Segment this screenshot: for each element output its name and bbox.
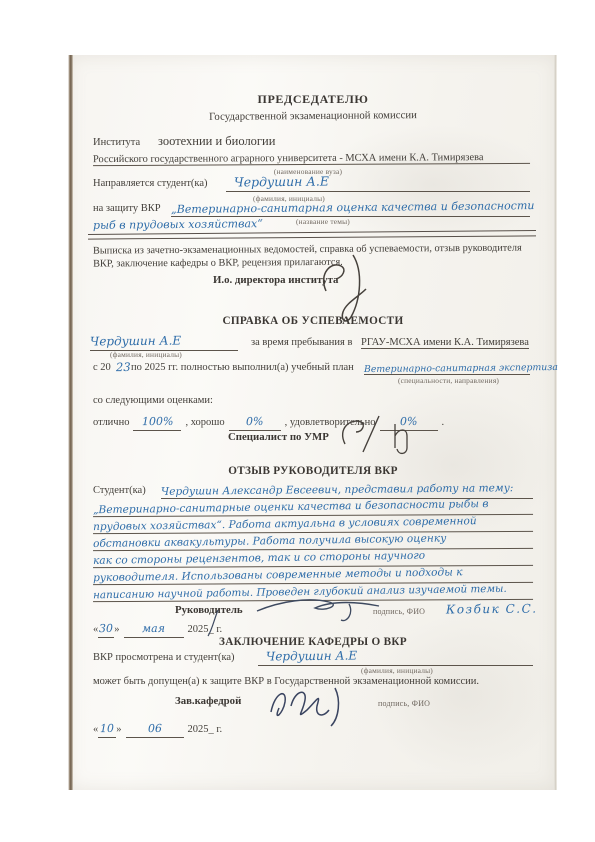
page-right-edge: [554, 55, 556, 790]
years-rest: по 2025 гг. полностью выполнил(а) учебны…: [131, 362, 354, 373]
years-handwritten: 23: [116, 360, 131, 374]
grade-good-field: 0%: [229, 412, 281, 431]
signature-stroke: [206, 610, 222, 636]
head-of-department-label: Зав.кафедрой: [175, 695, 241, 707]
umr-label: Специалист по УМР: [228, 431, 329, 443]
specialty-field: Ветеринарно-санитарная экспертиза: [364, 358, 530, 375]
grade-excellent-field: 100%: [133, 412, 181, 431]
scanned-document-page: { "header": { "to_line1": "ПРЕДСЕДАТЕЛЮ"…: [0, 0, 595, 842]
thesis-title-field-line2: рыб в прудовых хозяйствах“: [93, 215, 288, 233]
supervisor-date-day: 30: [99, 622, 113, 635]
progress-name-handwritten: Чердушин А.Е: [90, 334, 181, 349]
institute-label: Института: [93, 137, 140, 148]
student-name-field: Чердушин А.Е: [226, 173, 530, 192]
grades-period: .: [442, 417, 445, 428]
form-rule-line: [88, 235, 536, 239]
conclusion-date-line: «10» 06 2025_ г.: [93, 719, 222, 738]
specialty-caption: (специальности, направления): [398, 376, 499, 385]
grades-intro: со следующими оценками:: [93, 395, 213, 406]
grade-good-value: 0%: [246, 415, 264, 428]
thesis-title-line2: рыб в прудовых хозяйствах“: [93, 217, 263, 232]
thesis-label: на защиту ВКР: [93, 203, 161, 214]
addressee-subtitle: Государственной экзаменационной комиссии: [88, 108, 538, 124]
supervisor-signature: [253, 591, 383, 627]
director-signature: [316, 251, 376, 323]
supervisor-sign-caption: подпись, ФИО: [373, 607, 425, 616]
thesis-title-caption: (название темы): [296, 217, 350, 226]
supervisor-name-handwritten: Козбик С.С.: [446, 602, 538, 617]
quote-close: »: [114, 624, 119, 635]
grade-excellent-label: отлично: [93, 417, 129, 428]
university-name: Российского государственного аграрного у…: [93, 152, 530, 166]
quote-close: »: [116, 724, 121, 735]
student-label: Направляется студент(ка): [93, 178, 208, 189]
review-title: ОТЗЫВ РУКОВОДИТЕЛЯ ВКР: [88, 465, 538, 477]
supervisor-date-month: мая: [142, 622, 165, 635]
conclusion-name-handwritten: Чердушин А.Е: [266, 649, 357, 664]
head-signature: [263, 680, 358, 726]
conclusion-date-day: 10: [100, 722, 114, 735]
conclusion-date-month: 06: [147, 722, 161, 735]
progress-title: СПРАВКА ОБ УСПЕВАЕМОСТИ: [88, 315, 538, 327]
institute-name: зоотехнии и биологии: [158, 134, 275, 149]
umr-signature: [333, 410, 433, 458]
years-prefix: с 20: [93, 362, 111, 373]
binding-edge: [68, 55, 73, 790]
progress-name-caption: (фамилия, инициалы): [110, 350, 182, 359]
head-sign-caption: подпись, ФИО: [378, 699, 430, 708]
review-student-label: Студент(ка): [93, 485, 146, 496]
grade-excellent-value: 100%: [142, 415, 174, 428]
conclusion-name-field: Чердушин А.Е: [258, 647, 533, 666]
conclusion-reviewed-label: ВКР просмотрена и студент(ка): [93, 652, 235, 663]
progress-name-field: Чердушин А.Е: [90, 332, 238, 351]
conclusion-name-caption: (фамилия, инициалы): [361, 666, 433, 675]
progress-university: РГАУ-МСХА имени К.А. Тимирязева: [361, 337, 529, 349]
thesis-title-line1: „Ветеринарно-санитарная оценка качества …: [171, 199, 535, 216]
progress-stay-text: за время пребывания в: [251, 337, 352, 348]
student-name-handwritten: Чердушин А.Е: [234, 174, 329, 190]
document-sheet: ПРЕДСЕДАТЕЛЮ Государственной экзаменацио…: [68, 55, 557, 790]
specialty-handwritten: Ветеринарно-санитарная экспертиза: [364, 362, 558, 375]
conclusion-date-year: 2025_ г.: [188, 724, 223, 735]
addressee-title: ПРЕДСЕДАТЕЛЮ: [88, 92, 538, 107]
grade-good-label: , хорошо: [185, 417, 224, 428]
